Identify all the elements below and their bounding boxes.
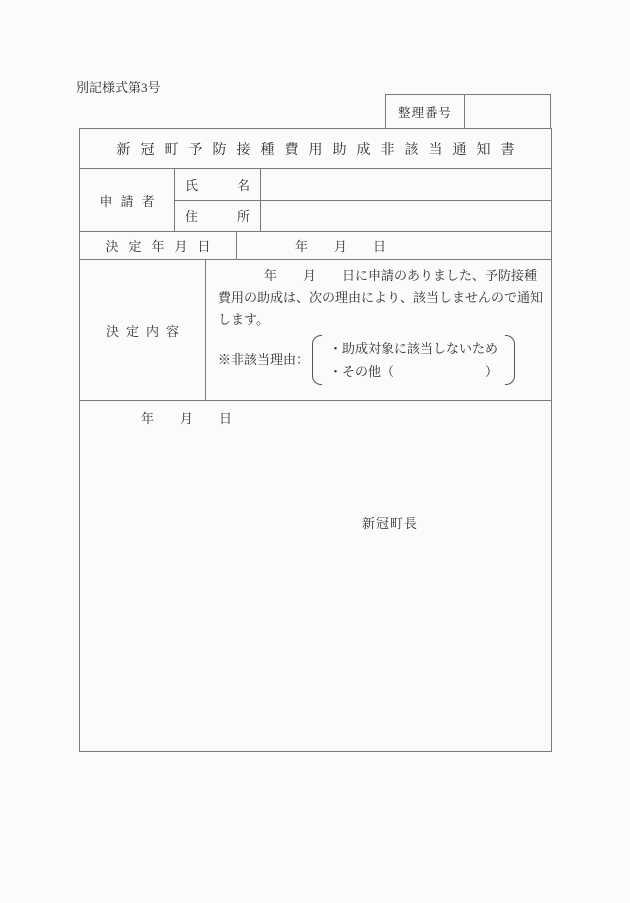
body-line: 年 月 日に申請のありました、予防接種 [218,265,543,287]
body-line: します。 [218,309,543,331]
applicant-label: 申請者 [80,169,175,231]
name-value-cell [261,169,551,200]
left-bracket [312,335,322,385]
address-value-cell [261,201,551,232]
decision-content-row: 決定内容 年 月 日に申請のありました、予防接種 費用の助成は、次の理由により、… [80,260,551,401]
signature-section: 年 月 日 新冠町長 [80,401,551,751]
reason-items: ・助成対象に該当しないため ・その他（ ） [329,335,498,385]
name-label: 氏 名 [175,169,261,200]
reason-other-prefix: ・その他（ [329,360,394,383]
form-page: 別記様式第3号 整理番号 新冠町予防接種費用助成非該当通知書 申請者 氏 名 住… [0,0,630,903]
reason-label: ※非該当理由： [218,349,309,371]
address-label: 住 所 [175,201,261,232]
decision-date-row: 決定年月日 年 月 日 [80,232,551,260]
reason-other-close-paren: ） [485,360,498,383]
issue-date: 年 月 日 [141,408,232,427]
right-bracket [505,335,515,385]
reference-number-box: 整理番号 [385,94,551,129]
applicant-fields: 氏 名 住 所 [175,169,551,231]
notice-table: 新冠町予防接種費用助成非該当通知書 申請者 氏 名 住 所 決定年月日 年 月 … [79,128,552,752]
reason-item-other: ・その他（ ） [329,360,498,383]
reason-item: ・助成対象に該当しないため [329,337,498,360]
decision-content-label: 決定内容 [80,260,206,400]
reference-number-value [465,95,550,128]
decision-date-label: 決定年月日 [80,232,237,259]
decision-date-value: 年 月 日 [237,232,551,259]
body-line: 費用の助成は、次の理由により、該当しませんので通知 [218,287,543,309]
notice-title: 新冠町予防接種費用助成非該当通知書 [80,129,551,169]
non-eligibility-reason: ※非該当理由： ・助成対象に該当しないため ・その他（ ） [218,335,543,385]
reference-number-label: 整理番号 [386,95,465,128]
applicant-address-row: 住 所 [175,201,551,232]
applicant-section: 申請者 氏 名 住 所 [80,169,551,232]
form-number-label: 別記様式第3号 [76,77,161,96]
applicant-name-row: 氏 名 [175,169,551,201]
decision-content-body: 年 月 日に申請のありました、予防接種 費用の助成は、次の理由により、該当しませ… [206,260,551,400]
mayor-signature: 新冠町長 [362,513,418,532]
